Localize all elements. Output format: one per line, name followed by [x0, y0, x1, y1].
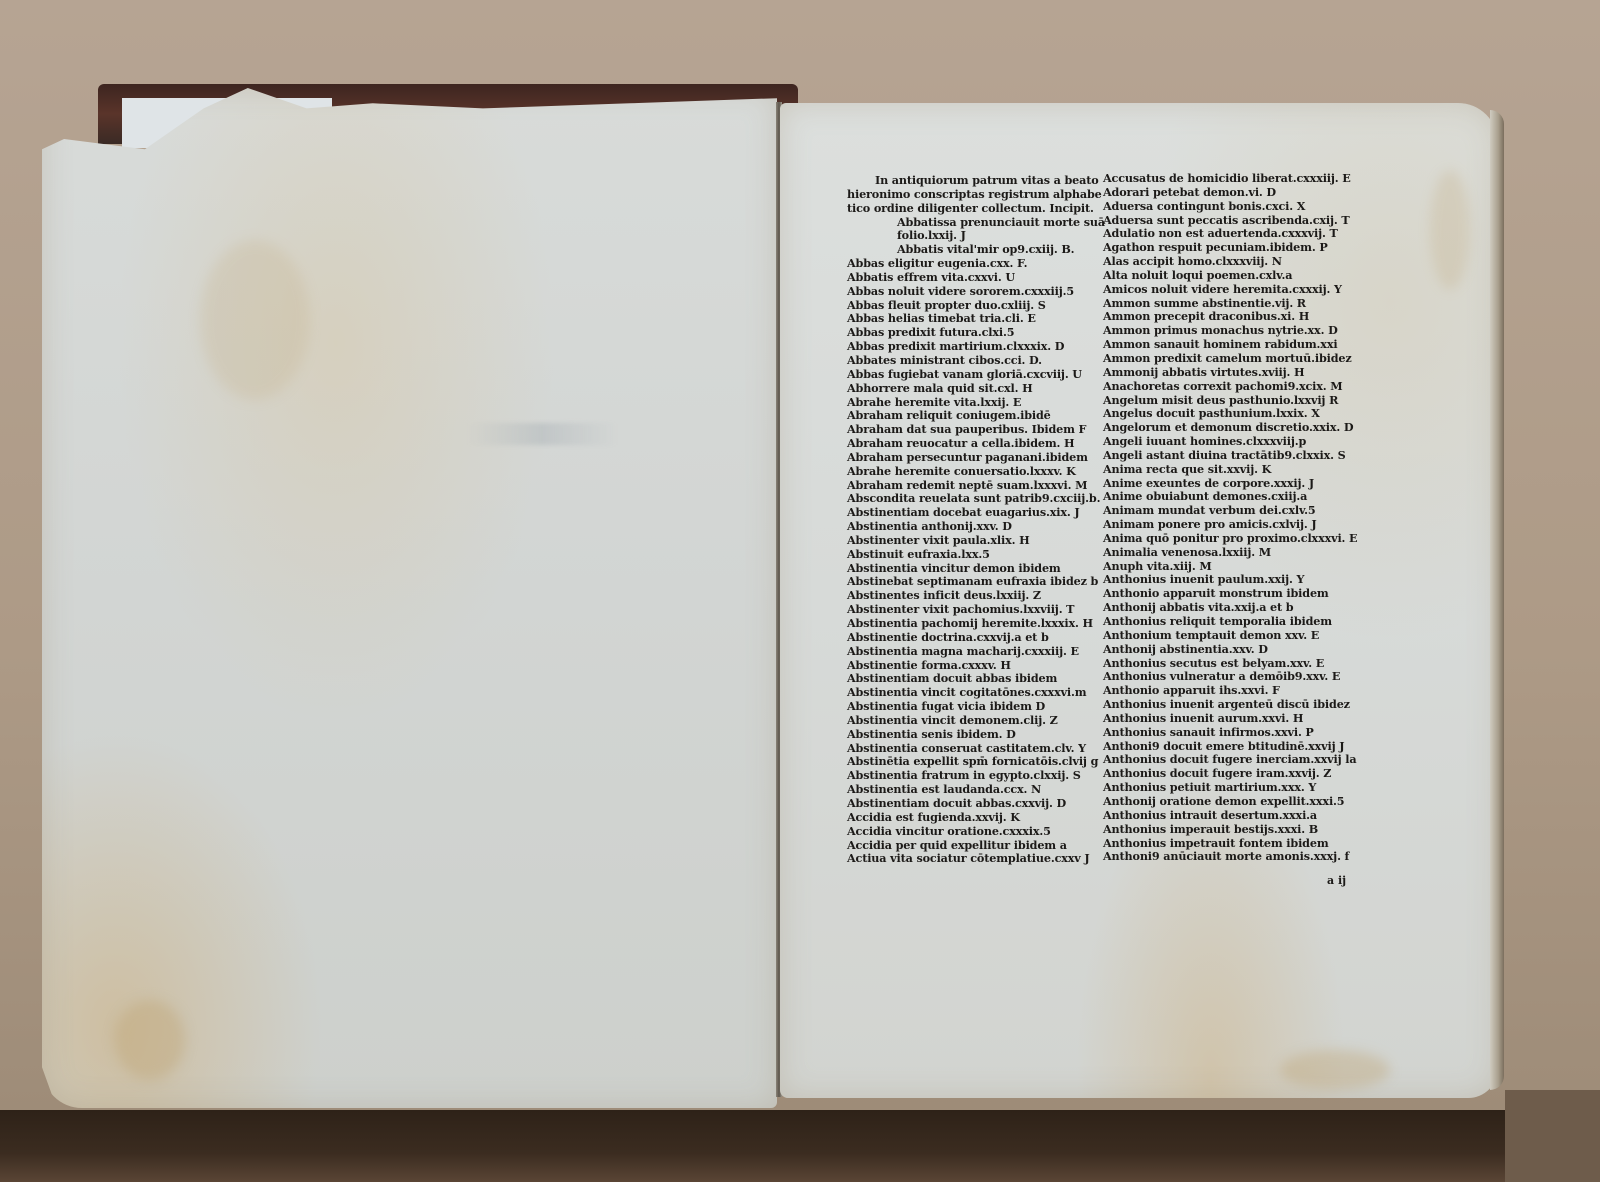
index-entry: Anthonio apparuit ihs.xxvi. F	[1103, 684, 1357, 698]
index-entry: Aduersa contingunt bonis.cxci. X	[1103, 200, 1357, 214]
index-entry: Abstinentia anthonij.xxv. D	[847, 520, 1105, 534]
index-entry: Anthonius docuit fugere iram.xxvij. Z	[1103, 767, 1357, 781]
index-entry: Abstinentia pachomij heremite.lxxxix. H	[847, 617, 1105, 631]
index-entry: Animalia venenosa.lxxiij. M	[1103, 546, 1357, 560]
index-entry: Adorari petebat demon.vi. D	[1103, 186, 1357, 200]
index-entry: Anime obuiabunt demones.cxiij.a	[1103, 490, 1357, 504]
index-entry: Ammon sanauit hominem rabidum.xxi	[1103, 338, 1357, 352]
index-entry: Abbas predixit martirium.clxxxix. D	[847, 340, 1105, 354]
index-entry: Abbas fleuit propter duo.cxliij. S	[847, 299, 1105, 313]
index-entry: Abbates ministrant cibos.cci. D.	[847, 354, 1105, 368]
index-entry: Abbas predixit futura.clxi.5	[847, 326, 1105, 340]
index-entry: Anthonius vulneratur a demōib9.xxv. E	[1103, 670, 1357, 684]
index-entry: tico ordine diligenter collectum. Incipi…	[847, 202, 1105, 216]
index-entry: Anthoni9 anūciauit morte amonis.xxxj. f	[1103, 850, 1357, 864]
index-entry: Anima quō ponitur pro proximo.clxxxvi. E	[1103, 532, 1357, 546]
index-entry: Abstinebat septimanam eufraxia ibidez b	[847, 575, 1105, 589]
index-entry: Anthonio apparuit monstrum ibidem	[1103, 587, 1357, 601]
left-page	[42, 88, 777, 1108]
index-entry: Abstinentie forma.cxxxv. H	[847, 659, 1105, 673]
show-through-ghost	[467, 423, 617, 445]
index-entry: Abbatis effrem vita.cxxvi. U	[847, 271, 1105, 285]
index-entry: Abstinentiam docebat euagarius.xix. J	[847, 506, 1105, 520]
index-entry: Anthonius sanauit infirmos.xxvi. P	[1103, 726, 1357, 740]
index-entry: Anuph vita.xiij. M	[1103, 560, 1357, 574]
index-entry: Anthonius secutus est belyam.xxv. E	[1103, 657, 1357, 671]
index-entry: hieronimo conscriptas registrum alphabe	[847, 188, 1105, 202]
index-entry: Amicos noluit videre heremita.cxxxij. Y	[1103, 283, 1357, 297]
index-entry: Abraham persecuntur paganani.ibidem	[847, 451, 1105, 465]
index-entry: Anachoretas correxit pachomi9.xcix. M	[1103, 380, 1357, 394]
index-entry: Angelus docuit pasthunium.lxxix. X	[1103, 407, 1357, 421]
index-entry: Accidia per quid expellitur ibidem a	[847, 839, 1105, 853]
index-entry: Abstinentia magna macharij.cxxxiij. E	[847, 645, 1105, 659]
stain-right-bottom	[1280, 1050, 1390, 1090]
index-entry: Anthoni9 docuit emere btitudinē.xxvij J	[1103, 740, 1357, 754]
index-entry: Animam ponere pro amicis.cxlvij. J	[1103, 518, 1357, 532]
index-entry: Anthonius petiuit martirium.xxx. Y	[1103, 781, 1357, 795]
index-entry: Anthonius inuenit aurum.xxvi. H	[1103, 712, 1357, 726]
index-entry: Alta noluit loqui poemen.cxlv.a	[1103, 269, 1357, 283]
index-entry: Abstinentiam docuit abbas.cxxvij. D	[847, 797, 1105, 811]
table-edge	[0, 1110, 1600, 1182]
index-entry: Accidia vincitur oratione.cxxxix.5	[847, 825, 1105, 839]
index-entry: Alas accipit homo.clxxxviij. N	[1103, 255, 1357, 269]
index-entry: Adulatio non est aduertenda.cxxxvij. T	[1103, 227, 1357, 241]
index-entry: Abraham reuocatur a cella.ibidem. H	[847, 437, 1105, 451]
index-entry: Abbas fugiebat vanam gloriā.cxcviij. U	[847, 368, 1105, 382]
stain-right-top	[1430, 170, 1470, 290]
index-entry: Abrahe heremite conuersatio.lxxxv. K	[847, 465, 1105, 479]
index-entry: Anima recta que sit.xxvij. K	[1103, 463, 1357, 477]
index-entry: Abstinentia vincitur demon ibidem	[847, 562, 1105, 576]
index-entry: Anthonius docuit fugere inerciam.xxvij l…	[1103, 753, 1357, 767]
stain-left-bottom	[115, 1000, 185, 1080]
index-entry: Abstinentia senis ibidem. D	[847, 728, 1105, 742]
index-column-left: In antiquiorum patrum vitas a beatohiero…	[847, 174, 1105, 866]
index-entry: Abraham reliquit coniugem.ibidē	[847, 409, 1105, 423]
index-entry: Angelorum et demonum discretio.xxix. D	[1103, 421, 1357, 435]
index-entry: Anthonius reliquit temporalia ibidem	[1103, 615, 1357, 629]
index-entry: Abrahe heremite vita.lxxij. E	[847, 396, 1105, 410]
index-entry: Ammonij abbatis virtutes.xviij. H	[1103, 366, 1357, 380]
index-entry: Abstinentia fratrum in egypto.clxxij. S	[847, 769, 1105, 783]
index-column-right: Accusatus de homicidio liberat.cxxxiij. …	[1103, 172, 1357, 864]
index-entry: Abstinuit eufraxia.lxx.5	[847, 548, 1105, 562]
index-entry: Abstinentia est laudanda.ccx. N	[847, 783, 1105, 797]
index-entry: Ammon summe abstinentie.vij. R	[1103, 297, 1357, 311]
index-entry: Abstinentia fugat vicia ibidem D	[847, 700, 1105, 714]
index-entry: Anthonius impetrauit fontem ibidem	[1103, 837, 1357, 851]
index-entry: Abstinentie doctrina.cxxvij.a et b	[847, 631, 1105, 645]
index-entry: Ammon predixit camelum mortuū.ibidez	[1103, 352, 1357, 366]
index-entry: Abbatissa prenunciauit morte suā	[847, 216, 1105, 230]
page-signature: a ij	[1327, 874, 1346, 887]
index-entry: Abstinentes inficit deus.lxxiij. Z	[847, 589, 1105, 603]
index-entry: Agathon respuit pecuniam.ibidem. P	[1103, 241, 1357, 255]
index-entry: Anthonius inuenit paulum.xxij. Y	[1103, 573, 1357, 587]
index-entry: Aduersa sunt peccatis ascribenda.cxij. T	[1103, 214, 1357, 228]
index-entry: Accidia est fugienda.xxvij. K	[847, 811, 1105, 825]
index-entry: Anthonius inuenit argenteū discū ibidez	[1103, 698, 1357, 712]
index-entry: Abhorrere mala quid sit.cxl. H	[847, 382, 1105, 396]
index-entry: Abstinentia vincit cogitatōnes.cxxxvi.m	[847, 686, 1105, 700]
index-entry: Abstinentia vincit demonem.clij. Z	[847, 714, 1105, 728]
index-entry: Abbas noluit videre sororem.cxxxiij.5	[847, 285, 1105, 299]
index-entry: Accusatus de homicidio liberat.cxxxiij. …	[1103, 172, 1357, 186]
index-entry: Abstinentiam docuit abbas ibidem	[847, 672, 1105, 686]
index-entry: Anthonium temptauit demon xxv. E	[1103, 629, 1357, 643]
page-edge-right	[1490, 110, 1504, 1090]
index-entry: Anthonius intrauit desertum.xxxi.a	[1103, 809, 1357, 823]
index-entry: Abstinentia conseruat castitatem.clv. Y	[847, 742, 1105, 756]
index-entry: Anthonij abbatis vita.xxij.a et b	[1103, 601, 1357, 615]
index-entry: Abstinenter vixit paula.xlix. H	[847, 534, 1105, 548]
index-entry: Abstinētia expellit spm̄ fornicatōis.clv…	[847, 755, 1105, 769]
index-entry: Anthonij oratione demon expellit.xxxi.5	[1103, 795, 1357, 809]
index-entry: Angeli iuuant homines.clxxxviij.p	[1103, 435, 1357, 449]
index-entry: Abstinenter vixit pachomius.lxxviij. T	[847, 603, 1105, 617]
index-entry: Abbas helias timebat tria.cli. E	[847, 312, 1105, 326]
index-entry: Animam mundat verbum dei.cxlv.5	[1103, 504, 1357, 518]
background-corner	[1505, 1090, 1600, 1182]
index-entry: Abscondita reuelata sunt patrib9.cxciij.…	[847, 492, 1105, 506]
index-entry: In antiquiorum patrum vitas a beato	[847, 174, 1105, 188]
index-entry: Ammon precepit draconibus.xi. H	[1103, 310, 1357, 324]
index-entry: Angeli astant diuina tractātib9.clxxix. …	[1103, 449, 1357, 463]
index-entry: Anthonius imperauit bestijs.xxxi. B	[1103, 823, 1357, 837]
index-entry: Abraham dat sua pauperibus. Ibidem F	[847, 423, 1105, 437]
index-entry: Actiua vita sociatur cōtemplatiue.cxxv J	[847, 852, 1105, 866]
index-entry: Angelum misit deus pasthunio.lxxvij R	[1103, 394, 1357, 408]
index-entry: Abraham redemit neptē suam.lxxxvi. M	[847, 479, 1105, 493]
index-entry: Abbas eligitur eugenia.cxx. F.	[847, 257, 1105, 271]
index-entry: Anime exeuntes de corpore.xxxij. J	[1103, 477, 1357, 491]
stain-left-top	[200, 240, 310, 400]
index-entry: folio.lxxij. J	[847, 229, 1105, 243]
index-entry: Ammon primus monachus nytrie.xx. D	[1103, 324, 1357, 338]
index-entry: Anthonij abstinentia.xxv. D	[1103, 643, 1357, 657]
index-entry: Abbatis vital'mir op9.cxiij. B.	[847, 243, 1105, 257]
